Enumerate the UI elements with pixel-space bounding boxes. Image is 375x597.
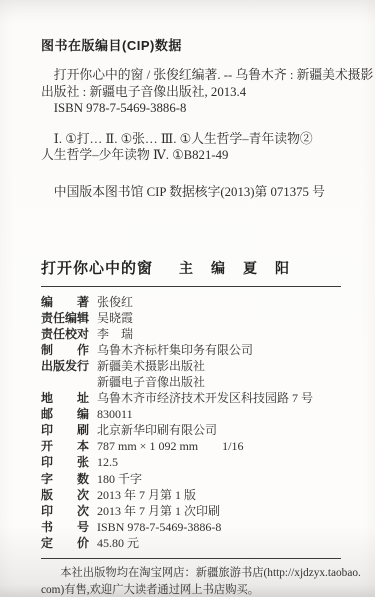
chief-editor: 主 编 夏 阳 xyxy=(179,258,291,278)
row-value: 乌鲁木齐标杆集印务有限公司 xyxy=(97,342,253,358)
store-note-line-2: com)有售,欢迎广大读者通过网上书店购买。 xyxy=(41,582,341,597)
colophon-row-postcode: 邮 编 830011 xyxy=(41,406,341,422)
row-label: 印 刷 xyxy=(41,422,89,438)
colophon-rows: 编 著 张俊红 责任编辑 吴晓霞 责任校对 李 瑞 制 作 乌鲁木齐标杆集印务有… xyxy=(41,294,341,552)
copyright-page: 图书在版编目(CIP)数据 打开你心中的窗 / 张俊红编著. -- 乌鲁木齐 :… xyxy=(0,0,375,597)
colophon-row-publisher: 出版发行 新疆美术摄影出版社 新疆电子音像出版社 xyxy=(41,358,341,390)
cip-entry-line-1: 打开你心中的窗 / 张俊红编著. -- 乌鲁木齐 : 新疆美术摄影 xyxy=(41,67,341,84)
colophon-row-printer: 印 刷 北京新华印刷有限公司 xyxy=(41,422,341,438)
colophon-row-production: 制 作 乌鲁木齐标杆集印务有限公司 xyxy=(41,342,341,358)
row-value: 吴晓霞 xyxy=(97,310,133,326)
colophon-row-impression: 印 次 2013 年 7 月第 1 次印刷 xyxy=(41,503,341,519)
title-divider xyxy=(41,286,341,287)
row-label: 字 数 xyxy=(41,471,89,487)
row-label: 出版发行 xyxy=(41,358,89,374)
colophon-row-sheets: 印 张 12.5 xyxy=(41,454,341,470)
row-label: 版 次 xyxy=(41,487,89,503)
colophon-row-edition: 版 次 2013 年 7 月第 1 版 xyxy=(41,487,341,503)
row-value: 乌鲁木齐市经济技术开发区科技园路 7 号 xyxy=(97,390,313,406)
row-label: 编 著 xyxy=(41,294,89,310)
row-value: ISBN 978-7-5469-3886-8 xyxy=(97,519,221,535)
row-label: 印 次 xyxy=(41,503,89,519)
row-value: 张俊红 xyxy=(97,294,133,310)
row-label: 书 号 xyxy=(41,519,89,535)
row-value: 787 mm × 1 092 mm 1/16 xyxy=(97,438,243,454)
row-label: 开 本 xyxy=(41,438,89,454)
row-label: 定 价 xyxy=(41,535,89,551)
row-value: 45.80 元 xyxy=(97,535,139,551)
colophon-row-proofreader: 责任校对 李 瑞 xyxy=(41,326,341,342)
row-value: 李 瑞 xyxy=(97,326,133,342)
page-content: 图书在版编目(CIP)数据 打开你心中的窗 / 张俊红编著. -- 乌鲁木齐 :… xyxy=(41,35,341,597)
cip-entry-line-2: 出版社 : 新疆电子音像出版社, 2013.4 xyxy=(41,84,341,101)
colophon-row-author: 编 著 张俊红 xyxy=(41,294,341,310)
colophon-title-row: 打开你心中的窗 主 编 夏 阳 xyxy=(41,257,341,278)
cip-heading: 图书在版编目(CIP)数据 xyxy=(41,35,341,54)
row-value: 830011 xyxy=(97,406,133,422)
colophon-row-price: 定 价 45.80 元 xyxy=(41,535,341,551)
row-value: 新疆美术摄影出版社 新疆电子音像出版社 xyxy=(97,358,205,390)
cip-isbn-line: ISBN 978-7-5469-3886-8 xyxy=(41,100,341,117)
book-title: 打开你心中的窗 xyxy=(41,257,153,278)
cip-entry-paragraph: 打开你心中的窗 / 张俊红编著. -- 乌鲁木齐 : 新疆美术摄影 出版社 : … xyxy=(41,67,341,117)
colophon-row-format: 开 本 787 mm × 1 092 mm 1/16 xyxy=(41,438,341,454)
cip-class-line-1: Ⅰ. ①打… Ⅱ. ①张… Ⅲ. ①人生哲学–青年读物② xyxy=(41,131,341,148)
cip-record-number: 中国版本图书馆 CIP 数据核字(2013)第 071375 号 xyxy=(41,181,341,200)
store-note: 本社出版物均在淘宝网店：新疆旅游书店(http://xjdzyx.taobao.… xyxy=(41,565,341,597)
row-value: 12.5 xyxy=(97,454,118,470)
colophon-row-isbn: 书 号 ISBN 978-7-5469-3886-8 xyxy=(41,519,341,535)
cip-classification: Ⅰ. ①打… Ⅱ. ①张… Ⅲ. ①人生哲学–青年读物② 人生哲学–少年读物 Ⅳ… xyxy=(41,131,341,164)
row-label: 制 作 xyxy=(41,342,89,358)
row-label: 邮 编 xyxy=(41,406,89,422)
store-note-line-1: 本社出版物均在淘宝网店：新疆旅游书店(http://xjdzyx.taobao. xyxy=(41,565,341,582)
note-divider xyxy=(41,558,341,559)
row-value: 2013 年 7 月第 1 版 xyxy=(97,487,196,503)
colophon-row-wordcount: 字 数 180 千字 xyxy=(41,471,341,487)
colophon-row-editor: 责任编辑 吴晓霞 xyxy=(41,310,341,326)
row-value: 2013 年 7 月第 1 次印刷 xyxy=(97,503,220,519)
row-label: 责任校对 xyxy=(41,326,89,342)
colophon-row-address: 地 址 乌鲁木齐市经济技术开发区科技园路 7 号 xyxy=(41,390,341,406)
row-value: 北京新华印刷有限公司 xyxy=(97,422,217,438)
row-value: 180 千字 xyxy=(97,471,142,487)
row-label: 地 址 xyxy=(41,390,89,406)
cip-class-line-2: 人生哲学–少年读物 Ⅳ. ①B821-49 xyxy=(41,147,341,164)
row-label: 责任编辑 xyxy=(41,310,89,326)
row-label: 印 张 xyxy=(41,454,89,470)
